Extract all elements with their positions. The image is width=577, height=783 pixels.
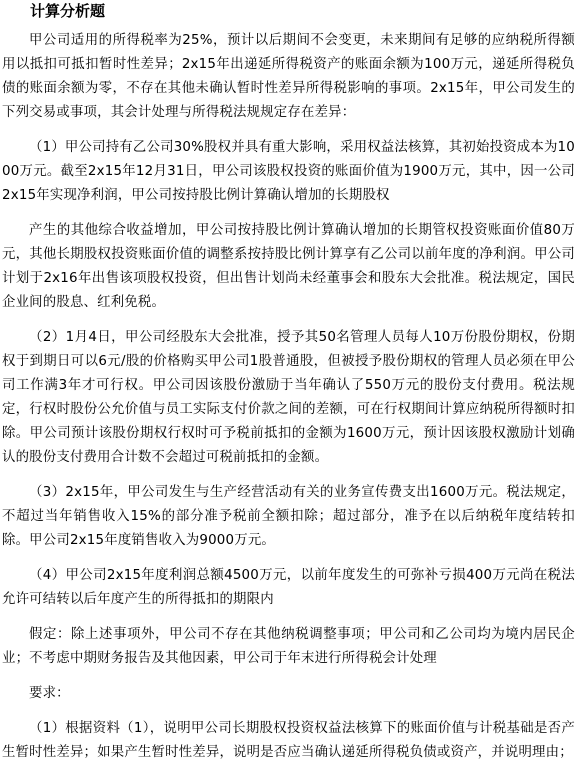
material-3-paragraph: （3）2x15年，甲公司发生与生产经营活动有关的业务宣传费支出1600万元。税法…	[2, 481, 577, 553]
requirements-heading: 要求：	[2, 682, 577, 706]
question-document: 计算分析题 甲公司适用的所得税率为25%，预计以后期间不会变更，未来期间有足够的…	[0, 1, 577, 765]
material-2-paragraph: （2）1月4日，甲公司经股东大会批准，授予其50名管理人员每人10万份股份期权，…	[2, 326, 577, 470]
material-4-paragraph: （4）甲公司2x15年度利润总额4500万元，以前年度发生的可弥补亏损400万元…	[2, 564, 577, 612]
requirement-1-paragraph: （1）根据资料（1），说明甲公司长期股权投资权益法核算下的账面价值与计税基础是否…	[2, 717, 577, 765]
section-title: 计算分析题	[30, 1, 577, 21]
intro-paragraph: 甲公司适用的所得税率为25%，预计以后期间不会变更，未来期间有足够的应纳税所得额…	[2, 29, 577, 125]
material-1-paragraph: （1）甲公司持有乙公司30%股权并具有重大影响，采用权益法核算，其初始投资成本为…	[2, 136, 577, 208]
material-1-continued-paragraph: 产生的其他综合收益增加，甲公司按持股比例计算确认增加的长期管权投资账面价值80万…	[2, 219, 577, 315]
assumption-paragraph: 假定：除上述事项外，甲公司不存在其他纳税调整事项；甲公司和乙公司均为境内居民企业…	[2, 623, 577, 671]
